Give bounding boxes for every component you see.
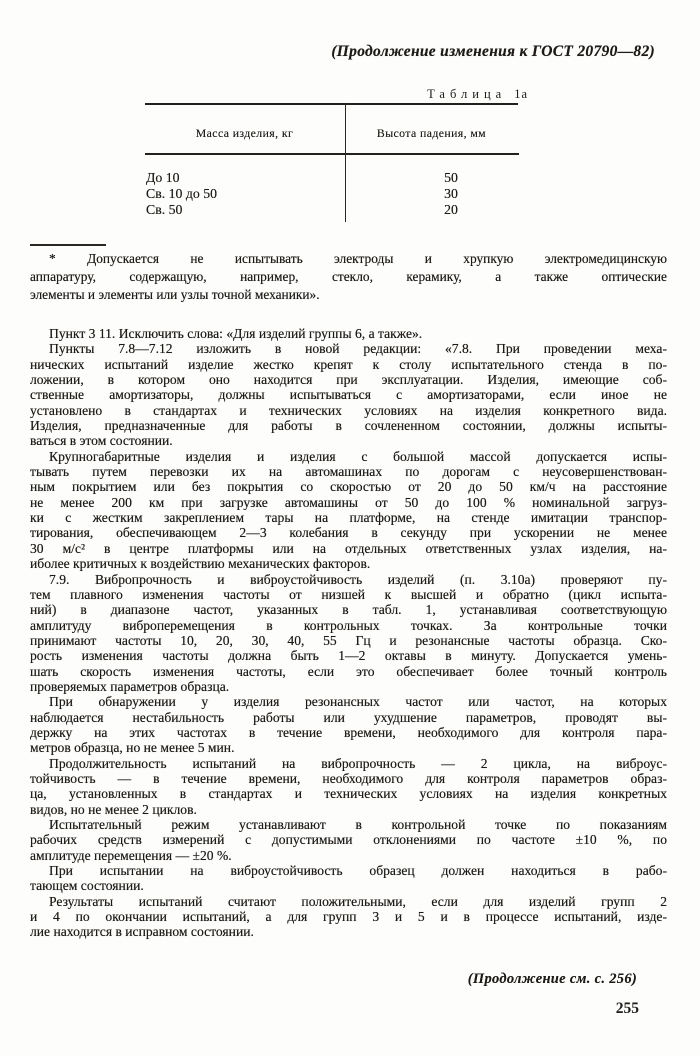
text-line: ложении, в котором оно находится при экс… — [30, 372, 667, 387]
table-cell-height: 30 — [385, 186, 517, 202]
text-line: 30 м/с² в центре платформы или на отдель… — [30, 541, 667, 556]
text-line: наблюдается нестабильность работы или ух… — [30, 710, 667, 725]
table-caption-number: 1а — [514, 87, 528, 101]
text-line: ственные амортизаторы, должны испытывать… — [30, 387, 667, 402]
text-line: Крупногабаритные изделия и изделия с бол… — [30, 449, 667, 464]
text-line: и 4 по окончании испытаний, а для групп … — [30, 909, 667, 924]
table-caption: Таблица1а — [427, 87, 528, 102]
text-line: Пункты 7.8—7.12 изложить в новой редакци… — [30, 341, 667, 356]
text-line: Пункт 3 11. Исключить слова: «Для издели… — [30, 326, 667, 341]
text-line: * Допускается не испытывать электроды и … — [30, 250, 667, 268]
footnote-rule — [30, 244, 106, 246]
text-line: Результаты испытаний считают положительн… — [30, 894, 667, 909]
text-line: принимают частоты 10, 20, 30, 40, 55 Гц … — [30, 633, 667, 648]
text-line: аппаратуру, содержащую, например, стекло… — [30, 268, 667, 286]
text-line: Продолжительность испытаний на вибропроч… — [30, 756, 667, 771]
text-line: ваться в этом состоянии. — [30, 433, 667, 448]
text-line: ца, установленных в стандартах и техниче… — [30, 786, 667, 801]
text-line: проверяемых параметров образца. — [30, 679, 667, 694]
page-number: 255 — [616, 1000, 639, 1018]
text-line: Испытательный режим устанавливают в конт… — [30, 817, 667, 832]
text-line: амплитуду виброперемещения в контрольных… — [30, 618, 667, 633]
text-line: тающем состоянии. — [30, 878, 667, 893]
text-line: Изделия, предназначенные для работы в со… — [30, 418, 667, 433]
text-line: тем плавного изменения частоты от низшей… — [30, 587, 667, 602]
footer-continuation-note: (Продолжение см. с. 256) — [468, 971, 637, 988]
table-header-rule — [145, 153, 519, 155]
text-line: При обнаружении у изделия резонансных ча… — [30, 694, 667, 709]
text-line: элементы и элементы или узлы точной меха… — [30, 286, 667, 304]
text-line: тойчивость — в течение времени, необходи… — [30, 771, 667, 786]
text-line: держку на этих частотах в течение времен… — [30, 725, 667, 740]
table-cell-mass: Св. 10 до 50 — [146, 186, 344, 202]
text-line: установлено в стандартах и технических у… — [30, 403, 667, 418]
table-cell-mass: Св. 50 — [146, 202, 344, 218]
text-line: рость изменения частоты должна быть 1—2 … — [30, 648, 667, 663]
text-line: нических испытаний изделие жестко крепят… — [30, 357, 667, 372]
text-line: ным покрытием или без покрытия со скорос… — [30, 479, 667, 494]
footnote: * Допускается не испытывать электроды и … — [30, 250, 667, 305]
table-cell-height: 20 — [385, 202, 517, 218]
text-line: 7.9. Вибропрочность и виброустойчивость … — [30, 572, 667, 587]
header-continuation-note: (Продолжение изменения к ГОСТ 20790—82) — [331, 43, 655, 61]
table-top-rule — [145, 103, 518, 105]
text-line: ний) в диапазоне частот, указанных в таб… — [30, 602, 667, 617]
table-cell-mass: До 10 — [146, 170, 344, 186]
text-line: не менее 200 км при загрузке автомашины … — [30, 495, 667, 510]
text-line: ки с жестким закреплением тары на платфо… — [30, 510, 667, 525]
table-cell-height: 50 — [385, 170, 517, 186]
text-line: При испытании на виброустойчивость образ… — [30, 863, 667, 878]
table-caption-word: Таблица — [427, 87, 506, 101]
table-col-header-height: Высота падения, мм — [346, 116, 517, 150]
text-line: тирования, обеспечивающем 2—3 колебания … — [30, 525, 667, 540]
main-text: Пункт 3 11. Исключить слова: «Для издели… — [30, 326, 667, 940]
text-line: лие находится в исправном состоянии. — [30, 924, 667, 939]
table-mass-column: До 10Св. 10 до 50Св. 50 — [146, 170, 344, 217]
text-line: рабочих средств измерений с допустимыми … — [30, 832, 667, 847]
text-line: видов, но не менее 2 циклов. — [30, 802, 667, 817]
text-line: иболее критичных к воздействию механичес… — [30, 556, 667, 571]
text-line: амплитуде перемещения — ±20 %. — [30, 848, 667, 863]
text-line: шать скорость изменения частоты, если эт… — [30, 664, 667, 679]
text-line: метров образца, но не менее 5 мин. — [30, 740, 667, 755]
document-page: (Продолжение изменения к ГОСТ 20790—82) … — [0, 0, 700, 1056]
text-line: тывать путем перевозки их на автомашинах… — [30, 464, 667, 479]
table-height-column: 503020 — [345, 170, 517, 217]
table-col-header-mass: Масса изделия, кг — [145, 116, 344, 150]
